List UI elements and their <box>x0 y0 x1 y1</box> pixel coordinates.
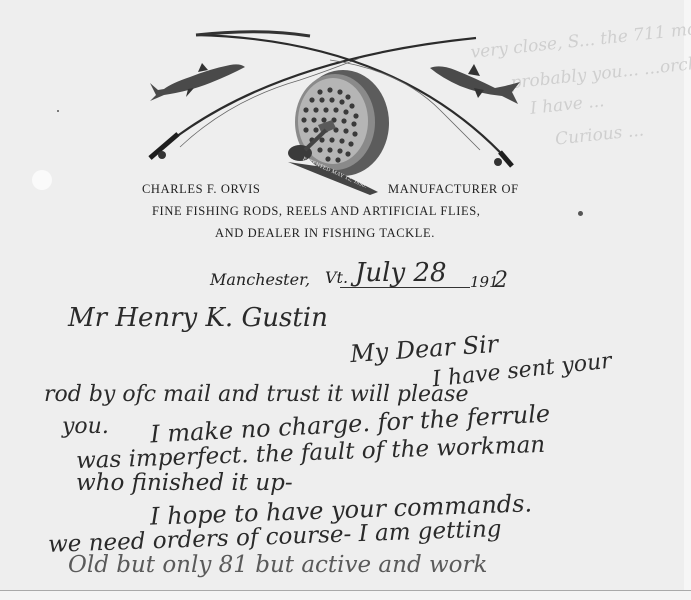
letterhead-tagline-1: MANUFACTURER OF <box>388 182 519 197</box>
letterhead-tagline-3: AND DEALER IN FISHING TACKLE. <box>215 226 435 241</box>
date-rule <box>340 287 470 288</box>
left-trout-icon <box>150 63 245 101</box>
dateline-year-handwritten: 2 <box>494 268 508 293</box>
letterhead: PATENTED MAY 12, 1896. CHARLES F. ORVIS … <box>0 0 691 250</box>
letter-line: rod by ofc mail and trust it will please <box>44 382 468 407</box>
addressee: Mr Henry K. Gustin <box>68 303 328 333</box>
right-trout-icon <box>430 64 520 104</box>
letter-line: Old but only 81 but active and work <box>68 552 487 578</box>
dateline-place: Manchester, <box>210 270 310 289</box>
dateline-date: July 28 <box>355 258 447 288</box>
letter-line: you. <box>62 414 109 439</box>
letter-line: who finished it up- <box>76 470 293 496</box>
letterhead-name: CHARLES F. ORVIS <box>142 182 260 197</box>
letterhead-tagline-2: FINE FISHING RODS, REELS AND ARTIFICIAL … <box>152 204 481 219</box>
page-edge-bottom <box>0 590 691 600</box>
dateline-state: Vt. <box>325 268 348 287</box>
